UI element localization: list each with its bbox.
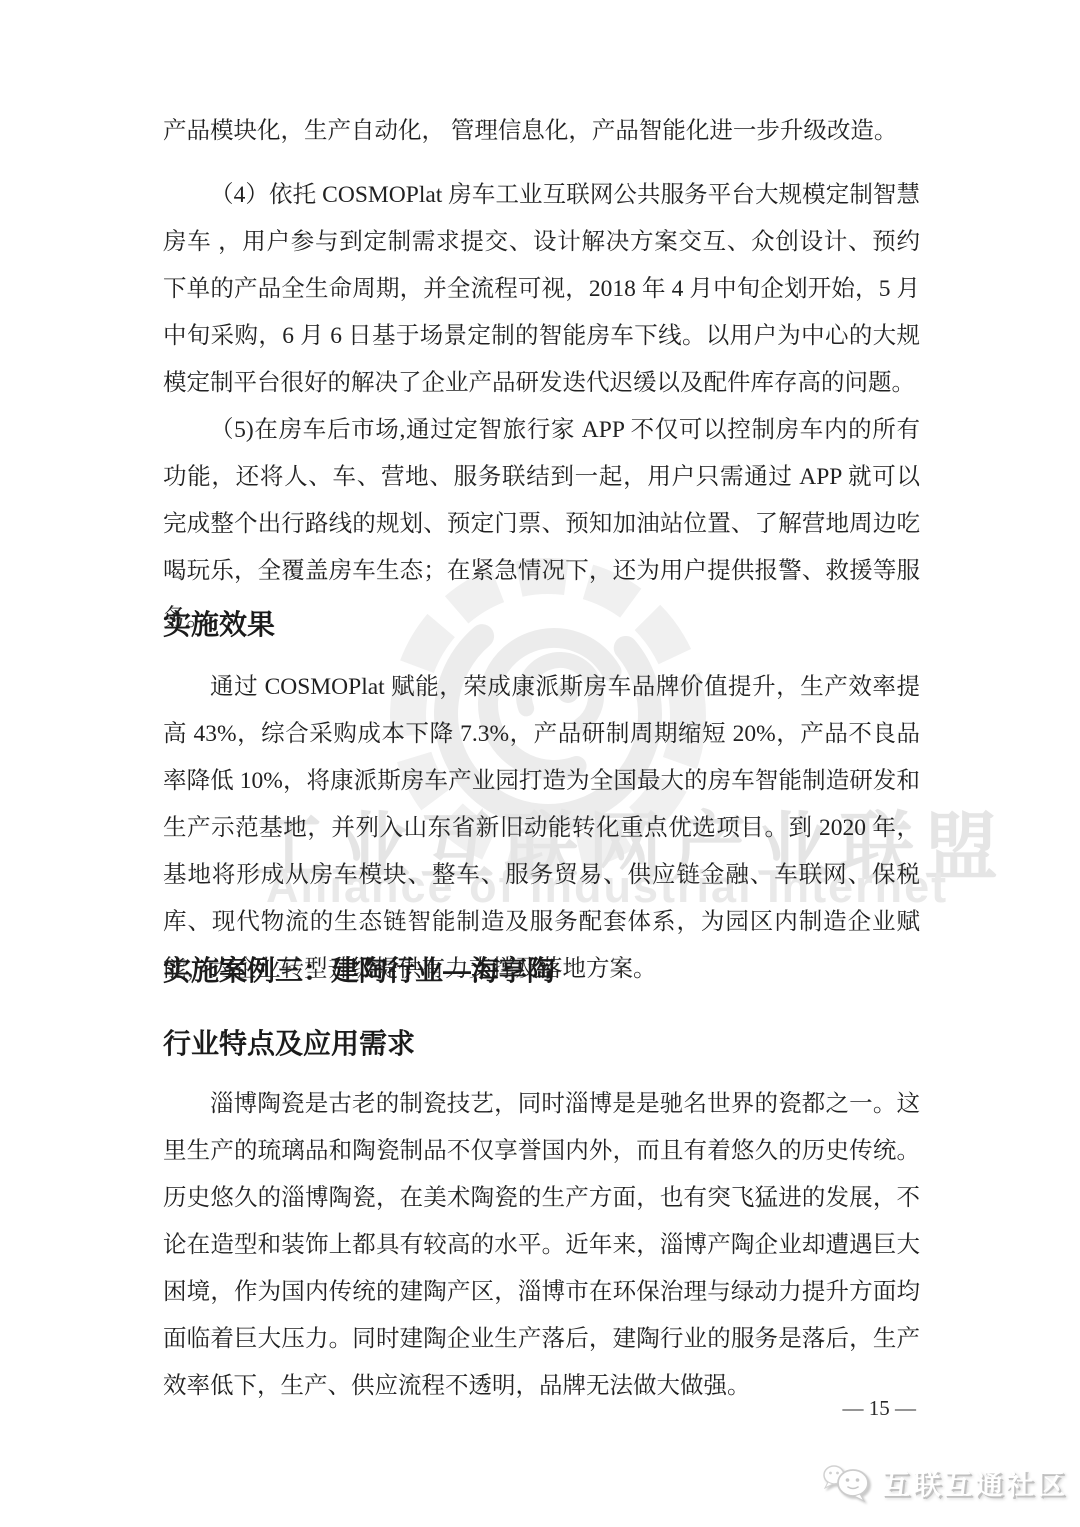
community-badge-label: 互联互通社区 bbox=[882, 1463, 1068, 1503]
section-heading-case-three: 实施案例三：建陶行业—海享陶 bbox=[163, 953, 555, 989]
document-page: 工业互联网产业联盟 Alliance of Industrial Interne… bbox=[0, 0, 1080, 1527]
body-paragraph: （5)在房车后市场,通过定智旅行家 APP 不仅可以控制房车内的所有功能，还将人… bbox=[163, 407, 920, 642]
section-heading-implementation-effect: 实施效果 bbox=[163, 607, 275, 643]
page-number: — 15 — bbox=[0, 1396, 916, 1421]
body-paragraph: 通过 COSMOPlat 赋能，荣成康派斯房车品牌价值提升，生产效率提高 43%… bbox=[163, 664, 920, 993]
section-heading-industry-needs: 行业特点及应用需求 bbox=[163, 1026, 415, 1062]
body-paragraph: （4）依托 COSMOPlat 房车工业互联网公共服务平台大规模定制智慧房车 ，… bbox=[163, 172, 920, 407]
body-paragraph: 产品模块化，生产自动化， 管理信息化，产品智能化进一步升级改造。 bbox=[163, 108, 920, 155]
community-badge: 互联互通社区 bbox=[820, 1462, 1068, 1504]
body-paragraph: 淄博陶瓷是古老的制瓷技艺，同时淄博是是驰名世界的瓷都之一。这里生产的琉璃品和陶瓷… bbox=[163, 1081, 920, 1410]
wechat-icon bbox=[820, 1462, 874, 1504]
